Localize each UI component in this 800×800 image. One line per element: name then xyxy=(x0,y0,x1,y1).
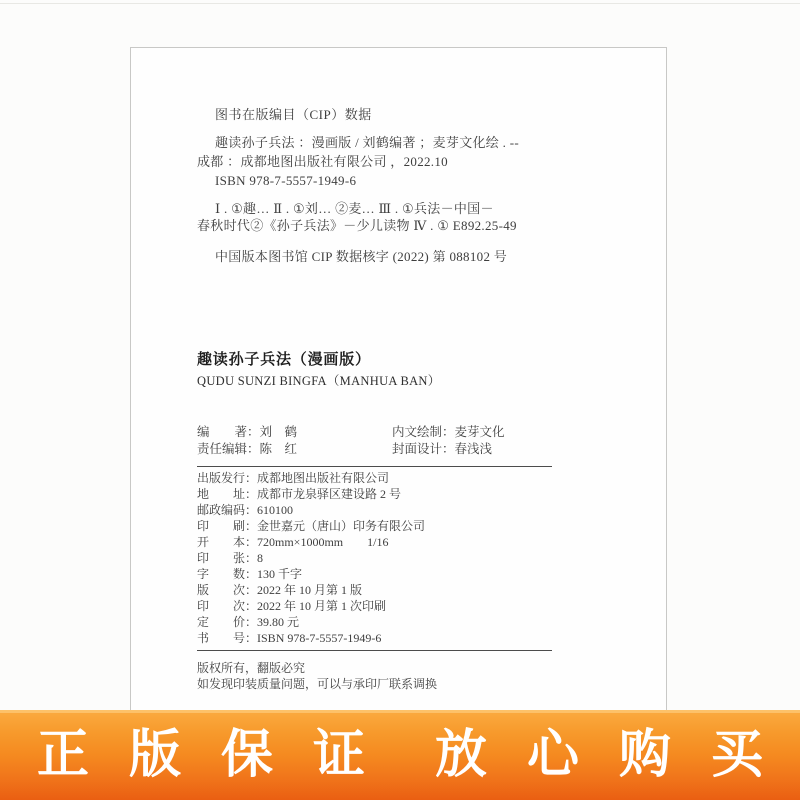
banner-char: 正 xyxy=(37,729,89,781)
colophon-row-printer: 印 刷：金世嘉元（唐山）印务有限公司 xyxy=(197,518,425,534)
cip-header: 图书在版编目（CIP）数据 xyxy=(215,104,372,123)
cip-classification-line: 春秋时代②《孙子兵法》－少儿读物 Ⅳ . ① E892.25-49 xyxy=(197,217,517,234)
colophon-value: 39.80 元 xyxy=(257,614,299,630)
colophon-row-isbn: 书 号：ISBN 978-7-5557-1949-6 xyxy=(197,630,425,646)
colophon-label: 邮政编码： xyxy=(197,502,257,518)
banner-char: 购 xyxy=(619,729,671,781)
colophon-row-postcode: 邮政编码：610100 xyxy=(197,502,425,518)
banner-char: 心 xyxy=(527,729,579,781)
colophon-value: 8 xyxy=(257,550,263,566)
product-image: 图书在版编目（CIP）数据 趣读孙子兵法 ：漫画版 / 刘鹤编著 ；麦芽文化绘 … xyxy=(0,0,800,800)
colophon-row-address: 地 址：成都市龙泉驿区建设路 2 号 xyxy=(197,486,425,502)
promo-banner: 正 版 保 证 放 心 购 买 xyxy=(0,710,800,800)
colophon-row-sheets: 印 张：8 xyxy=(197,550,425,566)
credit-cover-design: 封面设计：春浅浅 xyxy=(392,441,492,458)
photo-seam-line xyxy=(0,3,800,4)
credit-label: 编 著： xyxy=(197,425,260,439)
colophon-value: 130 千字 xyxy=(257,566,302,582)
colophon-value: ISBN 978-7-5557-1949-6 xyxy=(257,630,381,646)
cip-record-line: ISBN 978-7-5557-1949-6 xyxy=(197,171,519,190)
copyright-notice-line: 如发现印装质量问题，可以与承印厂联系调换 xyxy=(197,676,437,692)
cip-classification-line: Ⅰ . ①趣… Ⅱ . ①刘… ②麦… Ⅲ . ①兵法－中国－ xyxy=(197,200,517,217)
credits-block: 编 著：刘 鹤 内文绘制：麦芽文化 责任编辑：陈 红 封面设计：春浅浅 xyxy=(197,424,505,458)
colophon-row-publisher: 出版发行：成都地图出版社有限公司 xyxy=(197,470,425,486)
copyright-notice-line: 版权所有，翻版必究 xyxy=(197,660,437,676)
banner-text-group-confidence: 放 心 购 买 xyxy=(435,729,763,781)
banner-char: 证 xyxy=(313,729,365,781)
colophon-value: 金世嘉元（唐山）印务有限公司 xyxy=(257,518,425,534)
credit-value: 刘 鹤 xyxy=(260,425,298,439)
credits-row: 责任编辑：陈 红 封面设计：春浅浅 xyxy=(197,441,505,458)
divider-rule-bottom xyxy=(197,650,552,651)
colophon-value: 2022 年 10 月第 1 次印刷 xyxy=(257,598,386,614)
colophon-value: 2022 年 10 月第 1 版 xyxy=(257,582,362,598)
colophon-label: 印 张： xyxy=(197,550,257,566)
colophon-label: 印 刷： xyxy=(197,518,257,534)
cip-record: 趣读孙子兵法 ：漫画版 / 刘鹤编著 ；麦芽文化绘 . -- 成都 ：成都地图出… xyxy=(197,133,519,190)
colophon-row-wordcount: 字 数：130 千字 xyxy=(197,566,425,582)
banner-char: 放 xyxy=(435,729,487,781)
colophon-row-format: 开 本：720mm×1000mm 1/16 xyxy=(197,534,425,550)
credit-label: 封面设计： xyxy=(392,442,455,456)
colophon-label: 书 号： xyxy=(197,630,257,646)
colophon-row-edition: 版 次：2022 年 10 月第 1 版 xyxy=(197,582,425,598)
colophon-label: 印 次： xyxy=(197,598,257,614)
cip-record-line: 成都 ：成都地图出版社有限公司 ，2022.10 xyxy=(197,152,519,171)
credit-responsible-editor: 责任编辑：陈 红 xyxy=(197,441,392,458)
colophon-label: 开 本： xyxy=(197,534,257,550)
banner-char: 版 xyxy=(129,729,181,781)
colophon-label: 地 址： xyxy=(197,486,257,502)
colophon-label: 定 价： xyxy=(197,614,257,630)
colophon-label: 出版发行： xyxy=(197,470,257,486)
credit-label: 内文绘制： xyxy=(392,425,455,439)
credit-value: 春浅浅 xyxy=(455,442,493,456)
copyright-notices: 版权所有，翻版必究 如发现印装质量问题，可以与承印厂联系调换 xyxy=(197,660,437,692)
divider-rule-top xyxy=(197,466,552,467)
banner-text-group-genuine: 正 版 保 证 xyxy=(37,729,365,781)
colophon-value: 720mm×1000mm 1/16 xyxy=(257,534,388,550)
credit-value: 陈 红 xyxy=(260,442,298,456)
colophon-value: 成都地图出版社有限公司 xyxy=(257,470,389,486)
colophon-label: 版 次： xyxy=(197,582,257,598)
credit-label: 责任编辑： xyxy=(197,442,260,456)
colophon-row-printing: 印 次：2022 年 10 月第 1 次印刷 xyxy=(197,598,425,614)
colophon-value: 610100 xyxy=(257,502,293,518)
cip-classification: Ⅰ . ①趣… Ⅱ . ①刘… ②麦… Ⅲ . ①兵法－中国－ 春秋时代②《孙子… xyxy=(197,200,517,234)
banner-char: 买 xyxy=(711,729,763,781)
colophon-row-price: 定 价：39.80 元 xyxy=(197,614,425,630)
copyright-page: 图书在版编目（CIP）数据 趣读孙子兵法 ：漫画版 / 刘鹤编著 ；麦芽文化绘 … xyxy=(130,47,667,712)
credit-editor: 编 著：刘 鹤 xyxy=(197,424,392,441)
book-title-pinyin: QUDU SUNZI BINGFA（MANHUA BAN） xyxy=(197,371,441,389)
banner-char: 保 xyxy=(221,729,273,781)
cip-record-line: 趣读孙子兵法 ：漫画版 / 刘鹤编著 ；麦芽文化绘 . -- xyxy=(197,133,519,152)
book-title: 趣读孙子兵法（漫画版） xyxy=(197,348,371,369)
cip-registration-number: 中国版本图书馆 CIP 数据核字 (2022) 第 088102 号 xyxy=(215,246,507,265)
colophon-value: 成都市龙泉驿区建设路 2 号 xyxy=(257,486,401,502)
credit-value: 麦芽文化 xyxy=(455,425,505,439)
colophon-block: 出版发行：成都地图出版社有限公司 地 址：成都市龙泉驿区建设路 2 号 邮政编码… xyxy=(197,470,425,646)
credits-row: 编 著：刘 鹤 内文绘制：麦芽文化 xyxy=(197,424,505,441)
colophon-label: 字 数： xyxy=(197,566,257,582)
credit-illustration: 内文绘制：麦芽文化 xyxy=(392,424,505,441)
